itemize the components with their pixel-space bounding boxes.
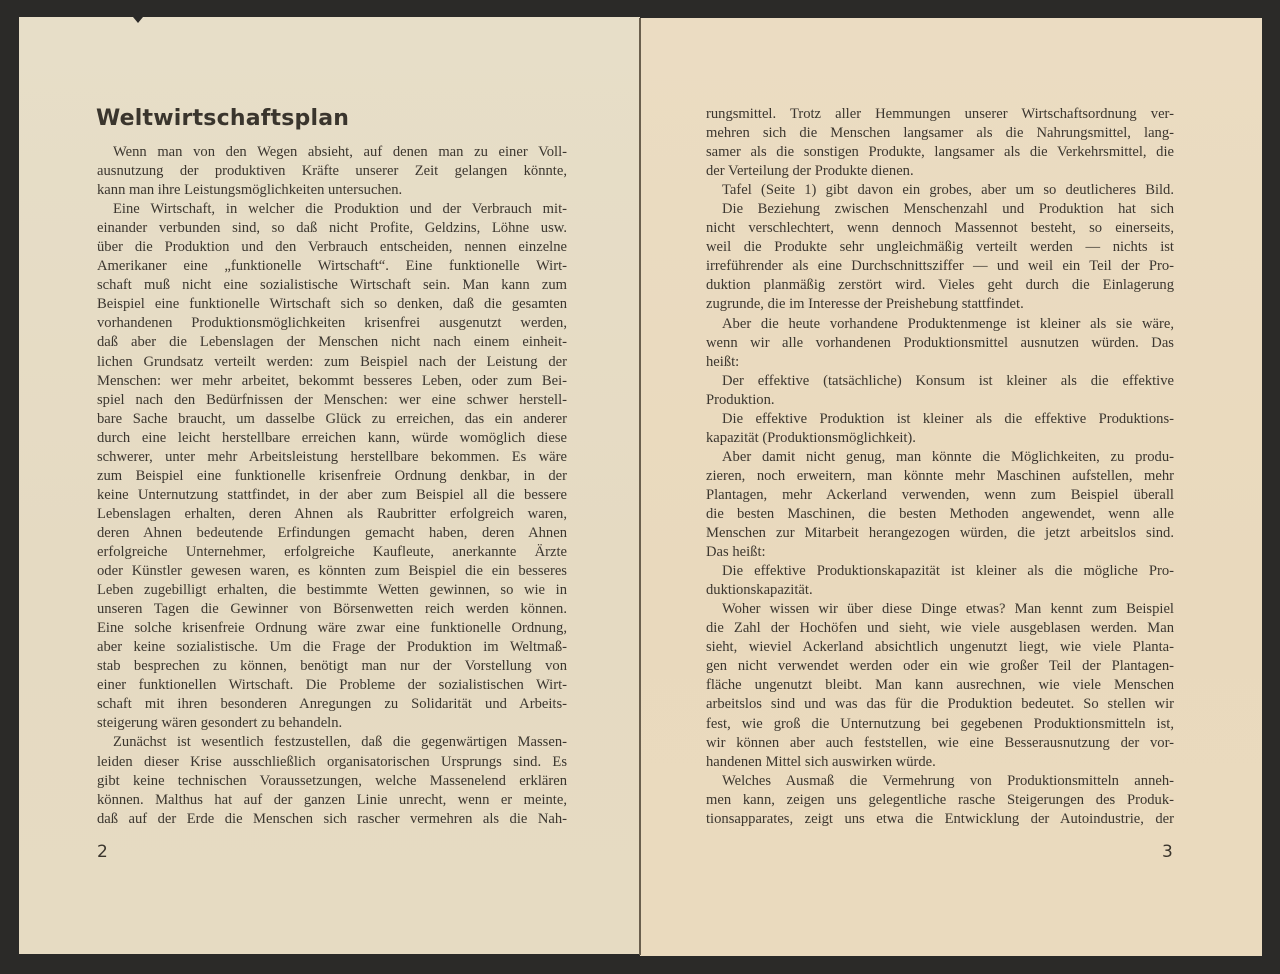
page-number-left: 2 [97,842,108,862]
text-line: Plantagen, mehr Ackerland verwenden, wen… [706,486,1174,505]
text-line: arbeitslos sind und was das für die Prod… [706,695,1174,714]
text-line: zieren, noch erweitern, man könnte mehr … [706,467,1174,486]
text-line: Menschen zur Mitarbeit herangezogen würd… [706,524,1174,543]
text-line: mehren sich die Menschen langsamer als d… [706,124,1174,143]
page-number-right: 3 [1162,842,1173,862]
text-line: Die effektive Produktionskapazität ist k… [706,562,1174,581]
text-line: Wenn man von den Wegen absieht, auf dene… [97,143,567,162]
text-line: oder Künstler gewesen waren, es könnten … [97,562,567,581]
text-line: über die Produktion und den Verbrauch en… [97,238,567,257]
text-line: gibt keine technischen Voraussetzungen, … [97,772,567,791]
text-line: einer funktionellen Wirtschaft. Die Prob… [97,676,567,695]
text-line: zugrunde, die im Interesse der Preishebu… [706,295,1174,314]
text-line: Menschen: wer mehr arbeitet, bekommt bes… [97,372,567,391]
text-line: kann man ihre Leistungsmöglichkeiten unt… [97,181,567,200]
text-line: schaft mit ihren besonderen Anregungen z… [97,695,567,714]
text-line: vorhandenen Produktionsmöglichkeiten kri… [97,314,567,333]
text-line: können. Malthus hat auf der ganzen Linie… [97,791,567,810]
text-line: weil die Produkte sehr ungleichmäßig ver… [706,238,1174,257]
text-line: wenn wir alle vorhandenen Produktionsmit… [706,334,1174,353]
book-spine [639,18,641,955]
text-line: zum Beispiel eine funktionelle krisenfre… [97,467,567,486]
text-line: Welches Ausmaß die Vermehrung von Produk… [706,772,1174,791]
text-line: kapazität (Produktionsmöglichkeit). [706,429,1174,448]
text-line: Produktion. [706,391,1174,410]
text-line: Der effektive (tatsächliche) Konsum ist … [706,372,1174,391]
text-line: Woher wissen wir über diese Dinge etwas?… [706,600,1174,619]
text-line: bare Sache braucht, um dasselbe Glück zu… [97,410,567,429]
text-line: leiden dieser Krise ausschließlich organ… [97,753,567,772]
text-line: unseren Tagen die Gewinner von Börsenwet… [97,600,567,619]
text-line: Beispiel eine funktionelle Wirtschaft si… [97,295,567,314]
text-line: daß aber die Lebenslagen der Menschen ni… [97,333,567,352]
text-line: ausnutzung der produktiven Kräfte unsere… [97,162,567,181]
text-line: handenen Mittel sich auswirken würde. [706,753,1174,772]
text-line: duktion planmäßig zerstört wird. Vieles … [706,276,1174,295]
text-line: duktionskapazität. [706,581,1174,600]
text-line: fest, wie groß die Unternutzung bei gege… [706,715,1174,734]
chapter-title: Weltwirtschaftsplan [96,106,349,131]
text-line: nicht verschlechtert, wenn dennoch Masse… [706,219,1174,238]
text-line: heißt: [706,353,1174,372]
text-line: aber keine sozialistische. Um die Frage … [97,638,567,657]
text-line: gen nicht verwendet werden oder ein wie … [706,657,1174,676]
text-line: wir können aber auch feststellen, wie ei… [706,734,1174,753]
text-line: der Verteilung der Produkte dienen. [706,162,1174,181]
text-line: lichen Grundsatz verteilt werden: zum Be… [97,353,567,372]
page-corner-tear [133,17,143,23]
text-line: stab besprechen zu können, benötigt man … [97,657,567,676]
text-line: deren Ahnen bedeutende Erfindungen gemac… [97,524,567,543]
text-line: die Zahl der Hochöfen und sieht, wie vie… [706,619,1174,638]
text-line: steigerung wären gesondert zu behandeln. [97,714,567,733]
text-line: sieht, wieviel Ackerland absichtlich ung… [706,638,1174,657]
text-line: erfolgreiche Unternehmer, erfolgreiche K… [97,543,567,562]
text-line: Lebenslagen erhalten, deren Ahnen als Ra… [97,505,567,524]
text-line: keine Unternutzung stattfindet, in der a… [97,486,567,505]
text-line: Eine Wirtschaft, in welcher die Produkti… [97,200,567,219]
text-line: irreführender als eine Durchschnittsziff… [706,257,1174,276]
text-line: samer als die sonstigen Produkte, langsa… [706,143,1174,162]
text-line: Aber damit nicht genug, man könnte die M… [706,448,1174,467]
text-line: durch eine leicht herstellbare erreichen… [97,429,567,448]
text-line: Das heißt: [706,543,1174,562]
text-line: spiel nach den Bedürfnissen der Menschen… [97,391,567,410]
text-line: Leben zugebilligt erhalten, die bestimmt… [97,581,567,600]
text-line: die besten Maschinen, die besten Methode… [706,505,1174,524]
text-line: rungsmittel. Trotz aller Hemmungen unser… [706,105,1174,124]
text-line: daß auf der Erde die Menschen sich rasch… [97,810,567,829]
text-line: Aber die heute vorhandene Produktenmenge… [706,315,1174,334]
text-line: Die Beziehung zwischen Menschenzahl und … [706,200,1174,219]
text-line: men kann, zeigen uns gelegentliche rasch… [706,791,1174,810]
text-line: fläche ungenutzt bleibt. Man kann ausrec… [706,676,1174,695]
text-line: Tafel (Seite 1) gibt davon ein grobes, a… [706,181,1174,200]
text-line: Zunächst ist wesentlich festzustellen, d… [97,733,567,752]
text-line: Amerikaner eine „funktionelle Wirtschaft… [97,257,567,276]
text-line: schaft muß nicht eine sozialistische Wir… [97,276,567,295]
text-line: schwerer, unter mehr Arbeitsleistung her… [97,448,567,467]
left-page-body-text: Wenn man von den Wegen absieht, auf dene… [97,143,567,829]
text-line: Die effektive Produktion ist kleiner als… [706,410,1174,429]
text-line: Eine solche krisenfreie Ordnung wäre zwa… [97,619,567,638]
text-line: tionsapparates, zeigt uns etwa die Entwi… [706,810,1174,829]
text-line: einander verbunden sind, so daß nicht Pr… [97,219,567,238]
right-page-body-text: rungsmittel. Trotz aller Hemmungen unser… [706,105,1174,829]
